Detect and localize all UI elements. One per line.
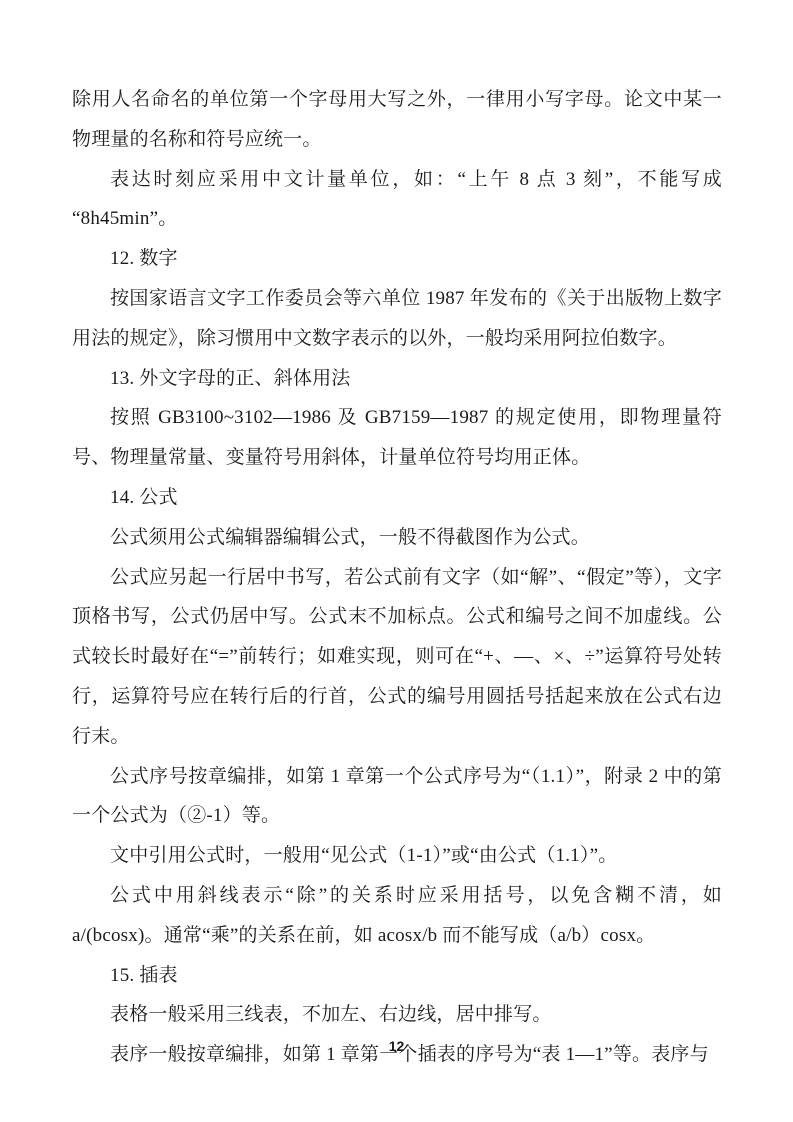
para-foreign-letters-rule: 按照 GB3100~3102—1986 及 GB7159—1987 的规定使用，… bbox=[72, 398, 722, 478]
para-unit-capitalization-continuation: 除用人名命名的单位第一个字母用大写之外，一律用小写字母。论文中某一物理量的名称和… bbox=[72, 80, 722, 160]
para-formula-editor: 公式须用公式编辑器编辑公式，一般不得截图作为公式。 bbox=[72, 518, 722, 558]
heading-12-numbers: 12. 数字 bbox=[72, 239, 722, 279]
heading-15-tables: 15. 插表 bbox=[72, 956, 722, 996]
heading-13-foreign-letters: 13. 外文字母的正、斜体用法 bbox=[72, 359, 722, 399]
para-time-expression: 表达时刻应采用中文计量单位，如：“上午 8 点 3 刻”，不能写成“8h45mi… bbox=[72, 160, 722, 240]
para-formula-layout: 公式应另起一行居中书写，若公式前有文字（如“解”、“假定”等），文字顶格书写，公… bbox=[72, 558, 722, 757]
para-numbers-rule: 按国家语言文字工作委员会等六单位 1987 年发布的《关于出版物上数字用法的规定… bbox=[72, 279, 722, 359]
page-footer: 12 bbox=[0, 1036, 793, 1057]
para-table-three-line: 表格一般采用三线表，不加左、右边线，居中排写。 bbox=[72, 995, 722, 1035]
page-number: 12 bbox=[389, 1038, 405, 1054]
para-formula-numbering: 公式序号按章编排，如第 1 章第一个公式序号为“（1.1）”，附录 2 中的第一… bbox=[72, 757, 722, 837]
document-page: 除用人名命名的单位第一个字母用大写之外，一律用小写字母。论文中某一物理量的名称和… bbox=[0, 0, 793, 1122]
para-formula-slash-division: 公式中用斜线表示“除”的关系时应采用括号，以免含糊不清，如 a/(bcosx)。… bbox=[72, 876, 722, 956]
document-body: 除用人名命名的单位第一个字母用大写之外，一律用小写字母。论文中某一物理量的名称和… bbox=[72, 80, 722, 1075]
para-formula-citation: 文中引用公式时，一般用“见公式（1-1）”或“由公式（1.1）”。 bbox=[72, 836, 722, 876]
heading-14-formulas: 14. 公式 bbox=[72, 478, 722, 518]
